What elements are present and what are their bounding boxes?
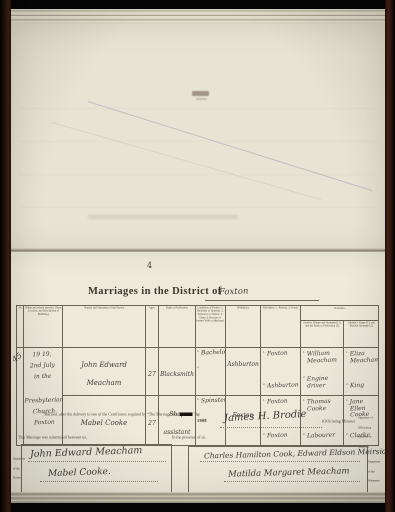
col-header-parents: Parents. [301, 306, 379, 321]
minister-signature-rule [220, 427, 322, 428]
col-header-names: Names and Surnames of the Parties. [63, 306, 146, 348]
show-through-title-ghost [88, 215, 238, 219]
cell-groom-name: John Edward Meacham [63, 348, 146, 396]
col-header-condition: Condition of Parties: 1. Bachelor or Spi… [196, 306, 226, 348]
parties-margin-note: Signatures of the Parties. [13, 457, 29, 486]
cell-groom-residence: 1.Foxton 2.Ashburton [261, 348, 301, 396]
district-name: Foxton [219, 286, 249, 297]
col-header-when-where: When and where married. (Date, Locality,… [24, 306, 63, 348]
col-header-ages: Ages. [146, 306, 159, 348]
col-header-father: Father's (Name and Surname) (1), and his… [301, 320, 344, 348]
witness-line1-rule [200, 461, 360, 462]
cell-groom-mother: 1.Eliza Meacham 2.King [344, 348, 379, 396]
presence-label: In the presence of us, [172, 435, 252, 445]
book-cover-left-edge [0, 0, 11, 512]
form-title: Marriages in the District of [88, 286, 222, 297]
photographed-register-book: 4 Marriages in the District of Foxton No… [0, 0, 395, 512]
col-header-birthplace: Birthplace. [226, 306, 261, 348]
certification-text-before: Married, after the delivery to one of th… [44, 412, 178, 417]
district-underline [205, 300, 319, 301]
page-stack-bottom-edge [10, 492, 390, 503]
show-through-table-ghost [20, 108, 375, 208]
page-number-mark: 4 [147, 261, 152, 270]
cell-groom-condition: 1.Bachelor 2. [196, 348, 226, 396]
photo-background-bottom [0, 503, 395, 512]
witnesses-margin-note: Signatures of the Witnesses. [368, 460, 384, 489]
officiating-minister-label: (Officiating Minister [322, 419, 362, 429]
act-year-stamp: 1908 [197, 419, 207, 423]
col-header-residence: Residence. 1. Present. 2. Usual. [261, 306, 301, 348]
col-header-no: No. [17, 306, 24, 348]
ink-smudge-faint [196, 98, 207, 100]
col-header-mother: Mother's Name (1), and Maiden Surname (2… [344, 320, 379, 348]
bride-signature-rule [40, 481, 158, 482]
cell-groom-rank: Blacksmith [159, 348, 196, 396]
groom-signature-rule [28, 461, 166, 462]
cell-when-where: 19 19, 2nd July in the Presbyterian Chur… [22, 347, 64, 446]
book-cover-right-edge [385, 0, 395, 512]
col-header-rank: Rank or Profession. [159, 306, 196, 348]
act-redaction-stamp [179, 413, 192, 417]
witness-line2-rule [224, 481, 360, 482]
cell-groom-father: 1.William Meacham 2.Engine driver [301, 348, 344, 396]
certification-text-after: ” by [193, 412, 200, 417]
cell-groom-birthplace: Ashburton [226, 348, 261, 396]
cell-groom-age: 27 [146, 348, 159, 396]
ink-smudge [192, 91, 209, 96]
